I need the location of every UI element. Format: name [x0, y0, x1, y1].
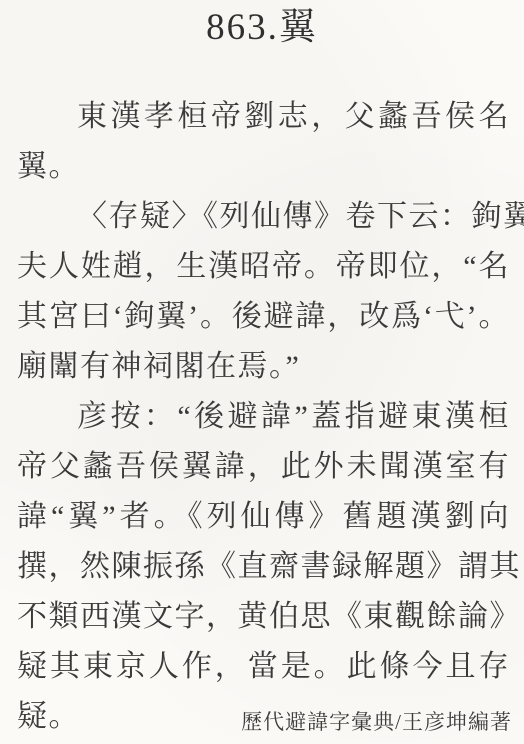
scanned-book-page: { "page": { "title": "863.翼", "paragraph…	[0, 0, 524, 744]
text-line: 疑其東京人作，當是。此條今且存	[17, 642, 510, 692]
paragraph: 彦按：“後避諱”蓋指避東漢桓帝父蠡吾侯翼諱，此外未聞漢室有諱“翼”者。《列仙傳》…	[17, 392, 510, 742]
text-line: 其宮曰‘鉤翼’。後避諱，改爲‘弋’。	[17, 292, 510, 342]
text-line: 夫人姓趙，生漢昭帝。帝即位，“名	[17, 242, 510, 292]
text-line: 廟闈有神祠閣在焉。”	[17, 342, 510, 392]
text-line: 〈存疑〉《列仙傳》卷下云：鉤翼	[17, 192, 510, 242]
text-line: 諱“翼”者。《列仙傳》舊題漢劉向	[17, 492, 510, 542]
paragraph: 東漢孝桓帝劉志，父蠡吾侯名翼。	[17, 92, 510, 192]
text-line: 撰，然陳振孫《直齋書録解題》謂其	[17, 542, 510, 592]
text-line: 翼。	[17, 142, 510, 192]
text-line: 不類西漢文字，黄伯思《東觀餘論》	[17, 592, 510, 642]
paragraph: 〈存疑〉《列仙傳》卷下云：鉤翼夫人姓趙，生漢昭帝。帝即位，“名其宮曰‘鉤翼’。後…	[17, 192, 510, 392]
text-line: 帝父蠡吾侯翼諱，此外未聞漢室有	[17, 442, 510, 492]
book-attribution: 歷代避諱字彙典/王彦坤編著	[241, 706, 512, 736]
text-line: 彦按：“後避諱”蓋指避東漢桓	[17, 392, 510, 442]
page-title: 863.翼	[0, 0, 524, 50]
text-line: 東漢孝桓帝劉志，父蠡吾侯名	[17, 92, 510, 142]
body-text: 東漢孝桓帝劉志，父蠡吾侯名翼。〈存疑〉《列仙傳》卷下云：鉤翼夫人姓趙，生漢昭帝。…	[0, 92, 524, 742]
